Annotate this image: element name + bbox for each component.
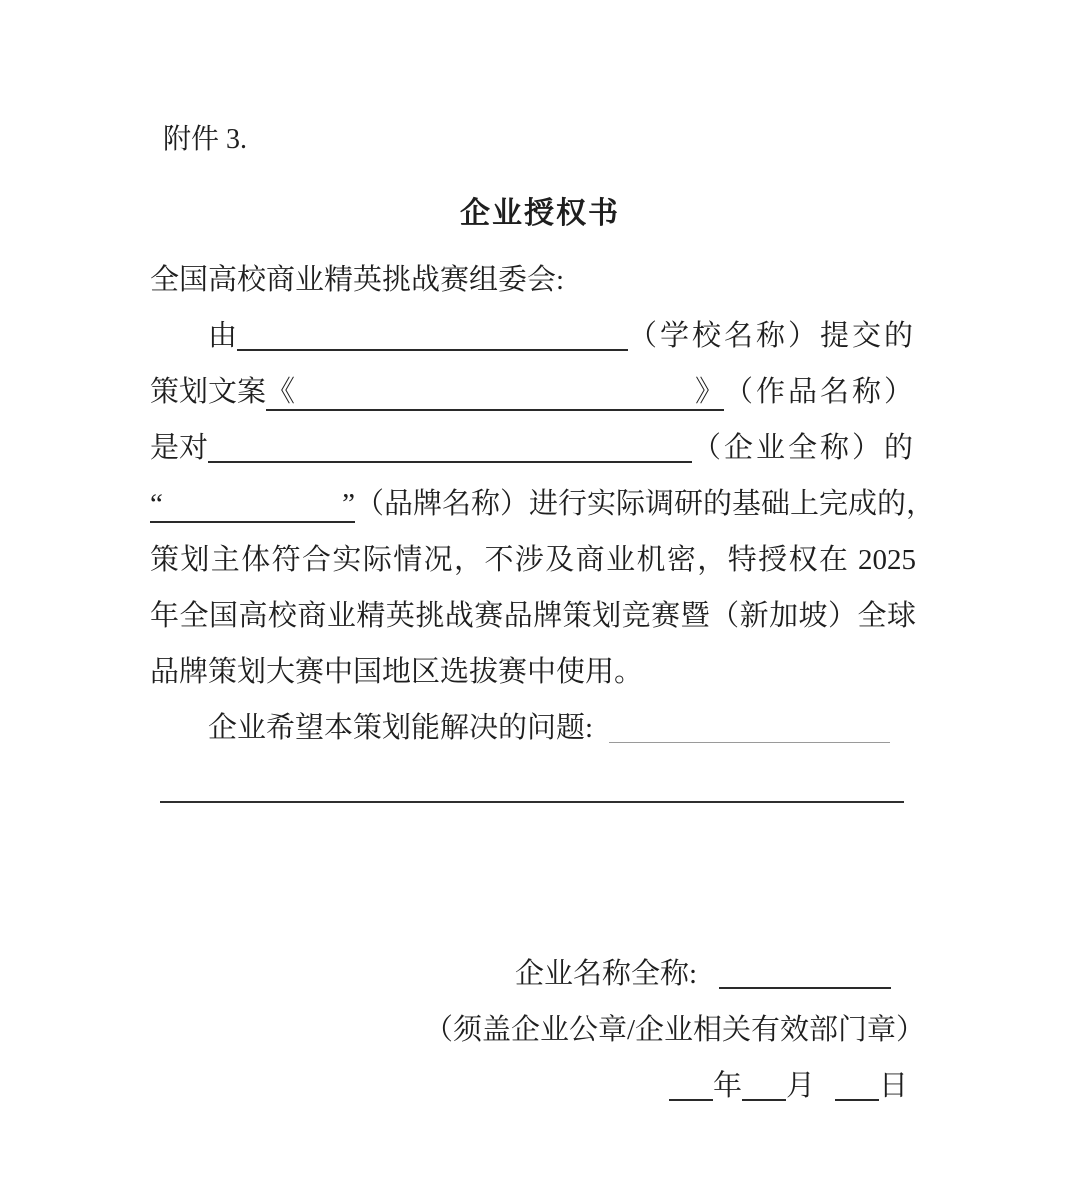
year-blank: [669, 1099, 713, 1101]
school-name-blank: [237, 349, 628, 351]
seal-note: （须盖企业公章/企业相关有效部门章）: [150, 1002, 925, 1058]
work-line-suffix: （作品名称）: [724, 364, 916, 420]
question-label: 企业希望本策划能解决的问题:: [208, 700, 593, 756]
school-line-prefix: 由: [208, 308, 237, 364]
brand-name-line: “ ” （品牌名称）进行实际调研的基础上完成的，: [150, 476, 916, 532]
body-line-authorization-3: 品牌策划大赛中国地区选拔赛中使用。: [150, 644, 916, 700]
school-name-line: 由 （学校名称）提交的: [150, 308, 916, 364]
book-title-open-mark: 《: [266, 375, 295, 409]
day-label: 日: [879, 1070, 908, 1102]
company-fullname-line: 企业名称全称:: [150, 946, 925, 1002]
attachment-label: 附件 3.: [163, 124, 247, 156]
brand-line-suffix: （品牌名称）进行实际调研的基础上完成的，: [355, 476, 935, 532]
company-fullname-label: 企业名称全称:: [515, 958, 697, 990]
date-line: 年月日: [150, 1058, 925, 1114]
school-line-suffix: （学校名称）提交的: [628, 308, 916, 364]
work-title-line: 策划文案 《 》 （作品名称）: [150, 364, 916, 420]
company-fullname-blank: [719, 987, 891, 989]
work-title-blank: 《 》: [266, 375, 724, 411]
company-line-prefix: 是对: [150, 420, 208, 476]
day-blank: [835, 1099, 879, 1101]
brand-name-blank: “ ”: [150, 487, 355, 523]
month-blank: [742, 1099, 786, 1101]
signature-block: 企业名称全称: （须盖企业公章/企业相关有效部门章） 年月日: [150, 946, 925, 1114]
scanned-document-page: 附件 3. 企业授权书 全国高校商业精英挑战赛组委会: 由 （学校名称）提交的 …: [0, 0, 1080, 1197]
open-quote-mark: “: [150, 487, 163, 521]
company-name-line: 是对 （企业全称）的: [150, 420, 916, 476]
salutation: 全国高校商业精英挑战赛组委会:: [150, 252, 916, 308]
question-blank-full-line: [160, 801, 904, 803]
close-quote-mark: ”: [342, 487, 355, 521]
body-line-authorization-1: 策划主体符合实际情况，不涉及商业机密，特授权在 2025: [150, 532, 916, 588]
document-body: 全国高校商业精英挑战赛组委会: 由 （学校名称）提交的 策划文案 《 》 （作品…: [150, 252, 916, 756]
year-label: 年: [713, 1070, 742, 1102]
company-name-blank: [208, 461, 692, 463]
document-title: 企业授权书: [0, 188, 1080, 232]
month-label: 月: [786, 1070, 815, 1102]
body-line-authorization-2: 年全国高校商业精英挑战赛品牌策划竞赛暨（新加坡）全球: [150, 588, 916, 644]
book-title-close-mark: 》: [695, 375, 724, 409]
question-line: 企业希望本策划能解决的问题:: [150, 700, 916, 756]
question-blank-inline: [609, 742, 890, 743]
company-line-suffix: （企业全称）的: [692, 420, 916, 476]
work-line-prefix: 策划文案: [150, 364, 266, 420]
